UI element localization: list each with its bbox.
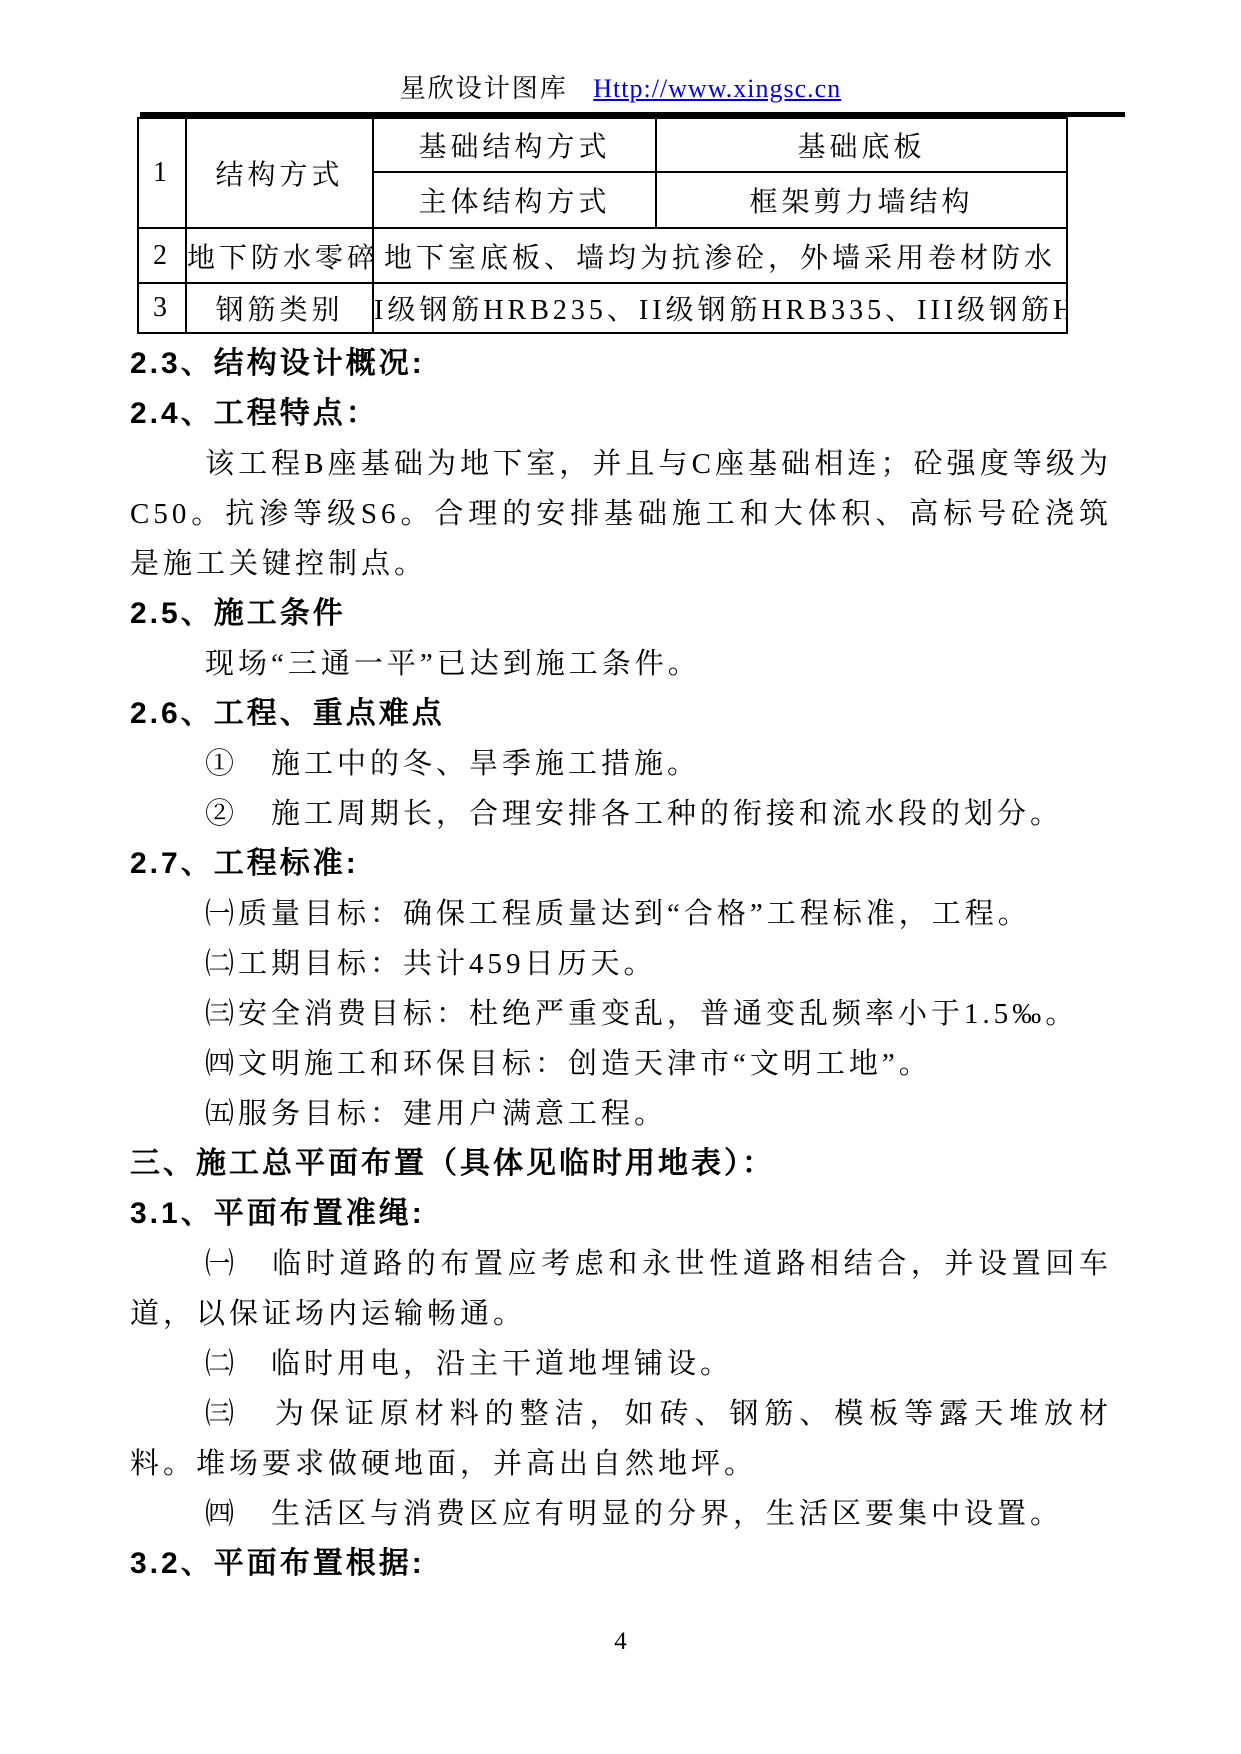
row-label: 钢筋类别 — [186, 283, 373, 333]
item-2-7-3: ㈢安全消费目标：杜绝严重变乱，普通变乱频率小于1.5‰。 — [130, 989, 1112, 1039]
row-no: 1 — [138, 118, 186, 228]
heading-2-4: 2.4、工程特点： — [130, 389, 1112, 439]
sub-row-value: 基础底板 — [656, 118, 1067, 172]
sub-row-name: 主体结构方式 — [373, 172, 656, 228]
item-2-7-1: ㈠质量目标：确保工程质量达到“合格”工程标准，工程。 — [130, 889, 1112, 939]
heading-2-3: 2.3、结构设计概况: — [130, 339, 1112, 389]
table-row: 3 钢筋类别 I级钢筋HRB235、II级钢筋HRB335、III级钢筋HRB4… — [138, 283, 1067, 333]
heading-3-2: 3.2、平面布置根据: — [130, 1539, 1112, 1589]
site-link[interactable]: Http://www.xingsc.cn — [593, 74, 841, 103]
para-2-5: 现场“三通一平”已达到施工条件。 — [130, 639, 1112, 689]
row-label: 结构方式 — [186, 118, 373, 228]
item-3-1-4: ㈣ 生活区与消费区应有明显的分界，生活区要集中设置。 — [130, 1489, 1112, 1539]
table-row: 2 地下防水零碎 地下室底板、墙均为抗渗砼，外墙采用卷材防水 — [138, 228, 1067, 283]
row-no: 2 — [138, 228, 186, 283]
page-header: 星欣设计图库 Http://www.xingsc.cn — [0, 68, 1241, 105]
site-name: 星欣设计图库 — [400, 74, 568, 103]
item-2-6-1: ① 施工中的冬、旱季施工措施。 — [130, 739, 1112, 789]
para-2-4: 该工程B座基础为地下室，并且与C座基础相连；砼强度等级为C50。抗渗等级S6。合… — [130, 439, 1112, 589]
item-2-7-4: ㈣文明施工和环保目标：创造天津市“文明工地”。 — [130, 1039, 1112, 1089]
spec-table: 1 结构方式 基础结构方式 基础底板 主体结构方式 框架剪力墙结构 2 地下防水… — [137, 117, 1068, 334]
sub-row-name: 基础结构方式 — [373, 118, 656, 172]
header-spacer — [576, 74, 585, 103]
heading-2-5: 2.5、施工条件 — [130, 589, 1112, 639]
row-no: 3 — [138, 283, 186, 333]
document-body: 2.3、结构设计概况: 2.4、工程特点： 该工程B座基础为地下室，并且与C座基… — [130, 339, 1112, 1589]
item-2-7-5: ㈤服务目标：建用户满意工程。 — [130, 1089, 1112, 1139]
heading-3: 三、施工总平面布置（具体见临时用地表）： — [130, 1139, 1112, 1189]
row-label: 地下防水零碎 — [186, 228, 373, 283]
table-row: 1 结构方式 基础结构方式 基础底板 — [138, 118, 1067, 172]
item-2-7-2: ㈡工期目标：共计459日历天。 — [130, 939, 1112, 989]
item-3-1-1: ㈠ 临时道路的布置应考虑和永世性道路相结合，并设置回车道，以保证场内运输畅通。 — [130, 1239, 1112, 1339]
heading-2-7: 2.7、工程标准: — [130, 839, 1112, 889]
sub-row-value: 框架剪力墙结构 — [656, 172, 1067, 228]
item-3-1-3: ㈢ 为保证原材料的整洁，如砖、钢筋、模板等露天堆放材料。堆场要求做硬地面，并高出… — [130, 1389, 1112, 1489]
row-value: I级钢筋HRB235、II级钢筋HRB335、III级钢筋HRB400 — [373, 283, 1067, 333]
row-value: 地下室底板、墙均为抗渗砼，外墙采用卷材防水 — [373, 228, 1067, 283]
page-number: 4 — [0, 1628, 1241, 1656]
item-2-6-2: ② 施工周期长，合理安排各工种的衔接和流水段的划分。 — [130, 789, 1112, 839]
item-3-1-2: ㈡ 临时用电，沿主干道地埋铺设。 — [130, 1339, 1112, 1389]
heading-2-6: 2.6、工程、重点难点 — [130, 689, 1112, 739]
heading-3-1: 3.1、平面布置准绳: — [130, 1189, 1112, 1239]
